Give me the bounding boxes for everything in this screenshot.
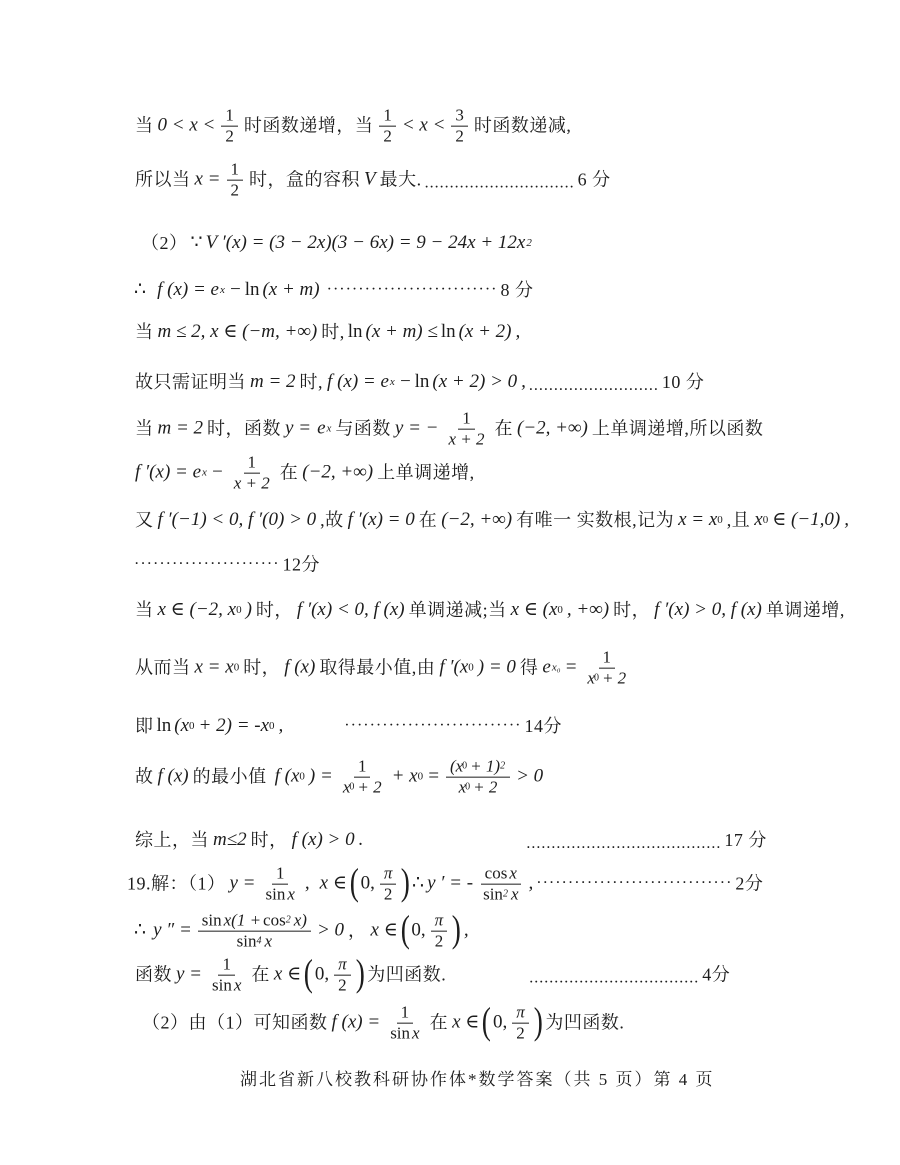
- math-roman-run: cos: [485, 865, 508, 883]
- math-roman-run: 3: [455, 107, 464, 125]
- math-line-13: 即ln(x0+ 2) = -x0,·······················…: [133, 715, 564, 737]
- fraction-denominator: 2: [227, 181, 244, 200]
- fraction-numerator: 3: [451, 107, 468, 127]
- superscript: 2: [500, 761, 505, 772]
- fraction-denominator: x0+ 2: [583, 669, 630, 688]
- prose-run: 时，: [613, 600, 650, 621]
- fraction-denominator: 2: [380, 885, 397, 904]
- fraction: 1x0+ 2: [339, 758, 386, 797]
- math-line-16: 19.解：（1）y =1sinx,x ∈(0,π2)∴y ′ = -cosxsi…: [125, 865, 765, 904]
- superscript: 2: [526, 237, 532, 250]
- fraction: (x0+ 1)2x0+ 2: [446, 758, 510, 797]
- superscript: x: [327, 423, 332, 436]
- prose-run: 最大.: [380, 170, 422, 191]
- fraction-numerator: 1: [458, 410, 475, 430]
- math-run: (x + m): [262, 279, 319, 301]
- fraction: sinx(1 +cos2x)sin4x: [198, 912, 311, 951]
- math-run: V: [364, 169, 376, 191]
- fraction-numerator: 1: [397, 1004, 414, 1024]
- math-line-8: f ′(x) = ex−1x + 2在(−2, +∞)上单调递增,: [133, 454, 477, 493]
- math-run: f ′(x) < 0, f (x): [297, 599, 405, 621]
- fraction-numerator: π: [512, 1004, 529, 1024]
- math-run: ,: [844, 509, 849, 531]
- prose-run: （2）: [141, 233, 188, 254]
- math-run: f ′(x) = 0: [348, 509, 415, 531]
- subscript: 0: [418, 771, 424, 784]
- math-line-11: 当x ∈ (−2, x0)时，f ′(x) < 0, f (x)单调递减;当x …: [133, 599, 847, 621]
- fraction-denominator: sinx: [208, 976, 245, 995]
- math-run: π: [435, 912, 444, 930]
- math-run: x + 2: [448, 431, 484, 449]
- fraction-denominator: 2: [379, 127, 396, 146]
- math-run: m = 2: [250, 371, 296, 393]
- prose-run: 时函数递增，当: [244, 116, 374, 137]
- math-roman-run: 1: [383, 107, 392, 125]
- math-run: f ′(x: [439, 657, 468, 679]
- fraction-numerator: 1: [244, 454, 261, 474]
- math-run: 0 < x <: [158, 115, 216, 137]
- math-run: f (x) > 0: [292, 829, 355, 851]
- math-roman-run: ∴: [412, 873, 424, 895]
- math-roman-run: 0,: [361, 873, 375, 895]
- fraction-numerator: cosx: [481, 865, 521, 885]
- math-run: x: [412, 1025, 420, 1043]
- math-roman-run: 1: [401, 1004, 410, 1022]
- fraction-numerator: π: [334, 956, 351, 976]
- prose-run: 6 分: [578, 170, 611, 191]
- fraction: 1sinx: [386, 1004, 423, 1043]
- prose-run: 在: [495, 419, 514, 440]
- prose-run: 当: [135, 419, 154, 440]
- math-run: y =: [230, 873, 256, 895]
- prose-run: 时，盒的容积: [249, 170, 360, 191]
- superscript: 2: [503, 889, 508, 900]
- fraction-numerator: 1: [354, 758, 371, 778]
- math-roman-run: sin: [483, 886, 503, 904]
- prose-run: 函数: [135, 965, 172, 986]
- math-roman-run: ln: [415, 371, 430, 393]
- math-run: x: [509, 865, 517, 883]
- fraction-numerator: 1: [227, 161, 244, 181]
- math-run: > 0: [317, 920, 344, 942]
- prose-run: 又: [135, 510, 154, 531]
- math-run: y ″ =: [153, 920, 192, 942]
- math-run: x ∈: [371, 920, 398, 942]
- math-roman-run: 2: [435, 933, 444, 951]
- math-run: (x + 2): [459, 321, 512, 343]
- prose-run: 取得最小值,由: [319, 658, 435, 679]
- math-roman-run: 0,: [315, 964, 329, 986]
- fraction-denominator: 2: [221, 127, 238, 146]
- math-run: f (x) = e: [157, 279, 219, 301]
- math-run: < x <: [402, 115, 446, 137]
- spacer: [147, 290, 155, 291]
- fraction-numerator: π: [380, 865, 397, 885]
- fraction-denominator: 2: [512, 1024, 529, 1043]
- math-roman-run: sin: [202, 912, 222, 930]
- fraction: π2: [334, 956, 351, 995]
- math-run: (−2, +∞): [517, 418, 588, 440]
- prose-run: 17 分: [724, 830, 767, 851]
- math-run: (x: [174, 715, 189, 737]
- prose-run: 当: [135, 322, 154, 343]
- math-roman-run: 2: [231, 182, 240, 200]
- fraction-denominator: x + 2: [230, 474, 274, 493]
- math-run: x = x: [195, 657, 234, 679]
- math-run: y ′ = -: [427, 873, 473, 895]
- math-run: ,: [279, 715, 284, 737]
- fraction-denominator: x0+ 2: [339, 778, 386, 797]
- prose-run: 当: [135, 600, 154, 621]
- subscript: 0: [189, 720, 195, 733]
- math-run: m ≤ 2, x ∈ (−m, +∞): [158, 321, 318, 343]
- spacer: [365, 840, 525, 841]
- superscript: 2: [286, 915, 291, 926]
- math-run: .: [359, 829, 364, 851]
- math-line-18: 函数y =1sinx在x ∈(0,π2)为凹函数................…: [133, 956, 732, 995]
- prose-run: ，: [348, 921, 367, 942]
- fraction: 1x0+ 2: [583, 649, 630, 688]
- superscript: x: [390, 376, 395, 389]
- math-run: −: [229, 279, 242, 301]
- spacer: [147, 931, 151, 932]
- prose-run: 当: [135, 116, 154, 137]
- math-run: + x: [392, 766, 418, 788]
- math-roman-run: ln: [348, 321, 363, 343]
- math-roman-run: 1: [248, 454, 257, 472]
- math-run: x ∈: [274, 964, 301, 986]
- subscript: 0: [234, 662, 240, 675]
- prose-run: 与函数: [335, 419, 391, 440]
- math-roman-run: ln: [157, 715, 172, 737]
- prose-run: 时函数递减,: [474, 116, 572, 137]
- fraction-denominator: 2: [334, 976, 351, 995]
- subscript: 0: [465, 782, 470, 793]
- fraction: 1sinx: [208, 956, 245, 995]
- prose-run: 单调递减;当: [409, 600, 507, 621]
- math-run: > 0: [516, 766, 543, 788]
- math-roman-run: 0,: [493, 1012, 507, 1034]
- math-roman-run: 1: [358, 758, 367, 776]
- math-run: x: [511, 886, 519, 904]
- prose-run: 在: [280, 463, 299, 484]
- math-run: f (x) =: [332, 1012, 381, 1034]
- prose-run: 综上，当: [135, 830, 209, 851]
- fraction: 12: [379, 107, 396, 146]
- prose-run: 时，: [243, 658, 280, 679]
- math-run: ,: [521, 371, 526, 393]
- prose-run: 10 分: [662, 372, 705, 393]
- fraction-numerator: π: [431, 912, 448, 932]
- prose-run: 19.解：（1）: [127, 874, 226, 895]
- spacer: [322, 290, 326, 291]
- dot-leader: ..................................: [529, 970, 699, 988]
- prose-run: 时,: [321, 322, 345, 343]
- math-line-10: ·······················12分: [133, 555, 322, 576]
- math-line-7: 当m = 2时，函数y =ex与函数y = −1x + 2在(−2, +∞)上单…: [133, 410, 765, 449]
- prose-run: 12分: [283, 555, 321, 576]
- prose-run: 所以当: [135, 170, 191, 191]
- prose-run: 得: [520, 658, 539, 679]
- math-roman-run: ∴: [134, 920, 146, 942]
- math-run: ,: [464, 920, 469, 942]
- fraction-numerator: (x0+ 1)2: [446, 758, 510, 778]
- prose-run: 为凹函数.: [367, 965, 446, 986]
- fraction: 1sinx: [262, 865, 299, 904]
- fraction-denominator: sinx: [262, 885, 299, 904]
- subscript: 0: [236, 604, 242, 617]
- math-roman-run: 2: [455, 128, 464, 146]
- math-roman-run: 2: [338, 977, 347, 995]
- big-paren: ): [452, 912, 461, 949]
- fraction: 12: [227, 161, 244, 200]
- math-run: + 2) = -x: [199, 715, 269, 737]
- math-run: x: [754, 509, 762, 531]
- math-run: x: [265, 933, 273, 951]
- math-line-19: （2）由（1）可知函数f (x) =1sinx在x ∈(0,π2)为凹函数.: [140, 1004, 626, 1043]
- dot-leader: ·······················: [134, 556, 280, 574]
- math-run: y = −: [395, 418, 439, 440]
- math-roman-run: 0,: [411, 920, 425, 942]
- math-run: ,: [305, 873, 310, 895]
- math-run: y =: [176, 964, 202, 986]
- prose-run: 上单调递增,: [377, 463, 475, 484]
- prose-run: 时,: [300, 372, 324, 393]
- math-roman-run: sin: [266, 886, 286, 904]
- math-roman-run: sin: [390, 1025, 410, 1043]
- prose-run: ,故: [320, 510, 344, 531]
- math-line-3: （2）∵V ′(x) = (3 − 2x)(3 − 6x) = 9 − 24x …: [139, 232, 534, 254]
- prose-run: 为凹函数.: [545, 1013, 624, 1034]
- math-roman-run: sin: [237, 933, 257, 951]
- big-paren: (: [401, 912, 410, 949]
- fraction-denominator: x0+ 2: [455, 778, 502, 797]
- math-run: x): [294, 912, 307, 930]
- math-line-2: 所以当x =12时，盒的容积V最大.......................…: [133, 161, 613, 200]
- math-run: f ′(−1) < 0, f ′(0) > 0: [158, 509, 317, 531]
- math-run: ,: [516, 321, 521, 343]
- prose-run: 有唯一 实数根,记为: [516, 510, 674, 531]
- math-roman-run: 2: [516, 1025, 525, 1043]
- math-roman-run: 1: [225, 107, 234, 125]
- prose-run: 在: [251, 965, 270, 986]
- prose-run: 上单调递增,所以函数: [592, 419, 764, 440]
- big-paren: (: [350, 865, 359, 902]
- math-roman-run: 1: [276, 865, 285, 883]
- math-run: x: [234, 977, 242, 995]
- math-run: x = x: [678, 509, 717, 531]
- math-run: x ∈ (−2, x: [158, 599, 237, 621]
- prose-run: 时，函数: [207, 419, 281, 440]
- math-run: =: [565, 657, 578, 679]
- math-run: ) = 0: [478, 657, 516, 679]
- fraction-numerator: 1: [218, 956, 235, 976]
- math-run: + 2: [473, 779, 497, 797]
- math-run: f (x) = e: [327, 371, 389, 393]
- spacer: [313, 429, 315, 430]
- math-run: x ∈: [320, 873, 347, 895]
- math-run: e: [542, 657, 550, 679]
- math-run: x ∈: [452, 1012, 479, 1034]
- fraction: π2: [431, 912, 448, 951]
- fraction: 12: [221, 107, 238, 146]
- superscript: x₀: [552, 662, 561, 675]
- prose-run: 14分: [524, 716, 562, 737]
- fraction-denominator: sinx: [386, 1024, 423, 1043]
- math-line-6: 故只需证明当m = 2时,f (x) = ex−ln(x + 2) > 0,..…: [133, 371, 706, 393]
- math-line-15: 综上，当m≤2时，f (x) > 0......................…: [133, 829, 769, 851]
- subscript: 0: [594, 673, 599, 684]
- document-page: 当0 < x <12时函数递增，当12< x <32时函数递减,所以当x =12…: [0, 0, 900, 1165]
- dot-leader: .......................................: [526, 835, 721, 853]
- superscript: 4: [257, 936, 262, 947]
- math-run: ∈ (−1,0): [772, 509, 840, 531]
- spacer: [269, 777, 273, 778]
- math-roman-run: 1: [222, 956, 231, 974]
- math-run: f ′(x) = e: [135, 462, 201, 484]
- math-run: f (x: [275, 766, 300, 788]
- math-run: (−2, +∞): [302, 462, 373, 484]
- prose-run: 单调递增,: [766, 600, 845, 621]
- math-line-5: 当m ≤ 2, x ∈ (−m, +∞)时,ln(x + m) ≤ln(x + …: [133, 321, 522, 343]
- fraction-denominator: sin2x: [479, 885, 522, 904]
- math-run: x(1 +: [224, 912, 261, 930]
- math-run: + 2: [602, 670, 626, 688]
- big-paren: ): [401, 865, 410, 902]
- math-run: ): [246, 599, 252, 621]
- prose-run: 时，: [251, 830, 288, 851]
- fraction-numerator: sinx(1 +cos2x): [198, 912, 311, 932]
- dot-leader: ..........................: [529, 377, 659, 395]
- spacer: [448, 975, 528, 976]
- prose-run: （2）由（1）可知函数: [142, 1013, 328, 1034]
- math-run: (x + 2) > 0: [432, 371, 517, 393]
- math-line-1: 当0 < x <12时函数递增，当12< x <32时函数递减,: [133, 107, 573, 146]
- math-line-14: 故f (x)的最小值f (x0) =1x0+ 2+ x0=(x0+ 1)2x0+…: [133, 758, 545, 797]
- fraction: π2: [512, 1004, 529, 1043]
- prose-run: 的最小值: [193, 767, 267, 788]
- math-roman-run: 2: [225, 128, 234, 146]
- math-line-4: ∴f (x) = ex−ln(x + m)···················…: [133, 279, 535, 301]
- superscript: x: [202, 467, 207, 480]
- prose-run: ,且: [727, 510, 751, 531]
- dot-leader: ···························: [327, 281, 498, 299]
- math-run: y =: [285, 418, 311, 440]
- fraction: cosxsin2x: [479, 865, 522, 904]
- fraction: 1x + 2: [444, 410, 488, 449]
- superscript: x: [220, 284, 225, 297]
- math-line-12: 从而当x = x0时，f (x)取得最小值,由f ′(x0) = 0得ex₀=1…: [133, 649, 634, 688]
- math-roman-run: sin: [212, 977, 232, 995]
- math-run: + 2: [357, 779, 381, 797]
- math-run: e: [317, 418, 325, 440]
- math-run: =: [427, 766, 440, 788]
- spacer: [312, 884, 318, 885]
- math-roman-run: 2: [383, 128, 392, 146]
- dot-leader: ·······························: [536, 875, 732, 893]
- fraction: 32: [451, 107, 468, 146]
- prose-run: 4分: [702, 965, 730, 986]
- subscript: 0: [299, 771, 305, 784]
- math-run: m = 2: [158, 418, 204, 440]
- math-run: x: [287, 886, 295, 904]
- dot-leader: ····························: [344, 717, 521, 735]
- math-run: π: [516, 1004, 525, 1022]
- fraction-numerator: 1: [272, 865, 289, 885]
- math-run: ) =: [309, 766, 333, 788]
- math-run: V ′(x) = (3 − 2x)(3 − 6x) = 9 − 24x + 12…: [206, 232, 526, 254]
- math-roman-run: ln: [441, 321, 456, 343]
- fraction-numerator: 1: [599, 649, 616, 669]
- subscript: 0: [763, 514, 769, 527]
- prose-run: 在: [419, 510, 438, 531]
- math-roman-run: 1: [462, 410, 471, 428]
- math-run: f (x): [284, 657, 315, 679]
- math-run: π: [338, 956, 347, 974]
- fraction-denominator: 2: [451, 127, 468, 146]
- fraction-numerator: 1: [379, 107, 396, 127]
- prose-run: 2分: [735, 874, 763, 895]
- prose-run: 故只需证明当: [135, 372, 246, 393]
- math-run: (−2, +∞): [441, 509, 512, 531]
- math-roman-run: 2: [384, 886, 393, 904]
- math-line-17: ∴y ″ =sinx(1 +cos2x)sin4x> 0，x ∈(0,π2),: [133, 912, 471, 951]
- fraction-denominator: x + 2: [444, 430, 488, 449]
- math-run: −: [399, 371, 412, 393]
- dot-leader: ..............................: [425, 175, 575, 193]
- math-roman-run: ∴: [134, 279, 146, 301]
- spacer: [285, 726, 343, 727]
- math-run: m≤2: [213, 829, 247, 851]
- subscript: 0: [717, 514, 723, 527]
- math-run: x ∈ (x: [511, 599, 558, 621]
- subscript: 0: [349, 782, 354, 793]
- math-roman-run: 1: [231, 161, 240, 179]
- prose-run: 即: [135, 716, 154, 737]
- subscript: 0: [462, 761, 467, 772]
- fraction: π2: [380, 865, 397, 904]
- big-paren: ): [534, 1004, 543, 1041]
- math-run: f (x): [158, 766, 189, 788]
- fraction-denominator: 2: [431, 932, 448, 951]
- subscript: 0: [468, 662, 474, 675]
- math-run: x + 2: [234, 475, 270, 493]
- prose-run: 故: [135, 767, 154, 788]
- big-paren: (: [482, 1004, 491, 1041]
- fraction: 1x + 2: [230, 454, 274, 493]
- math-roman-run: 1: [603, 649, 612, 667]
- math-roman-run: cos: [263, 912, 286, 930]
- math-run: −: [211, 462, 224, 484]
- big-paren: (: [304, 956, 313, 993]
- math-run: f ′(x) > 0, f (x): [654, 599, 762, 621]
- math-line-9: 又f ′(−1) < 0, f ′(0) > 0,故f ′(x) = 0在(−2…: [133, 509, 851, 531]
- fraction-denominator: sin4x: [233, 932, 276, 951]
- math-roman-run: ∵: [191, 232, 203, 254]
- math-run: , +∞): [567, 599, 609, 621]
- math-run: π: [384, 865, 393, 883]
- fraction-numerator: 1: [221, 107, 238, 127]
- math-run: x =: [195, 169, 221, 191]
- math-run: + 1): [470, 758, 500, 776]
- subscript: 0: [269, 720, 275, 733]
- subscript: 0: [557, 604, 563, 617]
- page-footer: 湖北省新八校教科研协作体*数学答案（共 5 页）第 4 页: [240, 1065, 715, 1090]
- prose-run: 时，: [256, 600, 293, 621]
- big-paren: ): [355, 956, 364, 993]
- prose-run: 8 分: [500, 280, 533, 301]
- prose-run: 从而当: [135, 658, 191, 679]
